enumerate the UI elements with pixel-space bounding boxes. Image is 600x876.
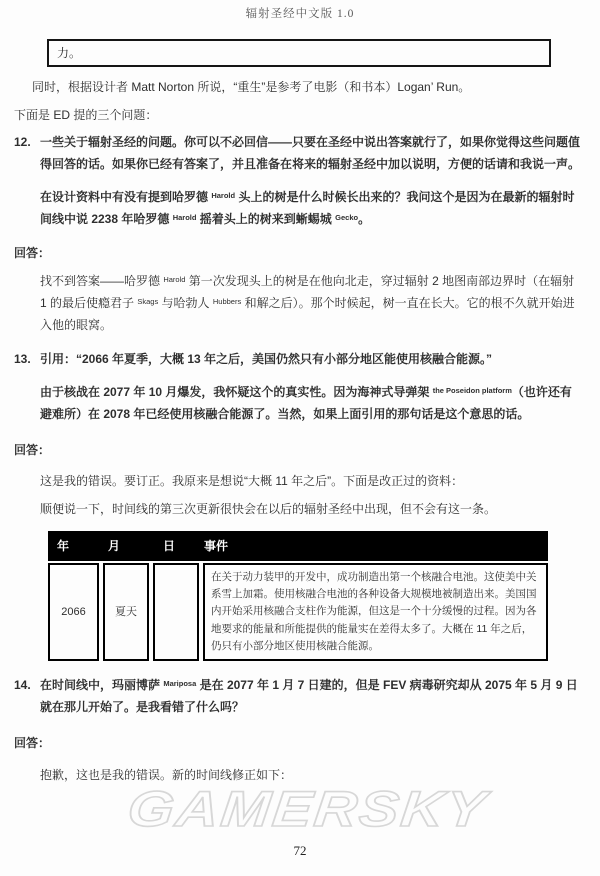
timeline-table-header: 年 月 日 事件 xyxy=(48,531,548,561)
continued-text-box: 力。 xyxy=(47,39,551,67)
answer-13-paragraph-2: 顺便说一下，时间线的第三次更新很快会在以后的辐射圣经中出现，但不会有这一条。 xyxy=(40,498,582,520)
answer-14-label: 回答： xyxy=(14,732,582,754)
page-number: 72 xyxy=(0,844,600,858)
question-14-paragraph: 在时间线中，玛丽博萨 Mariposa 是在 2077 年 1 月 7 日建的，… xyxy=(40,674,582,718)
timeline-table: 年 月 日 事件 2066 夏天 在关于动力装甲的开发中，成功制造出第一个核融合… xyxy=(48,531,548,661)
answer-12-label: 回答： xyxy=(14,242,582,264)
questions-lead-in: 下面是 ED 提的三个问题： xyxy=(14,104,582,126)
answer-14-paragraph: 抱歉，这也是我的错误。新的时间线修正如下： xyxy=(40,764,582,786)
question-12-number: 12. xyxy=(14,131,40,153)
column-header-month: 月 xyxy=(99,535,149,557)
annotation-mariposa: Mariposa xyxy=(163,679,196,688)
column-header-day: 日 xyxy=(149,535,199,557)
document-page: 辐射圣经中文版 1.0 力。 同时，根据设计者 Matt Norton 所说，“… xyxy=(0,0,600,876)
page-content: 力。 同时，根据设计者 Matt Norton 所说，“重生”是参考了电影（和书… xyxy=(0,39,600,786)
question-13-body: 引用：“2066 年夏季，大概 13 年之后，美国仍然只有小部分地区能使用核融合… xyxy=(40,348,582,425)
annotation-skags: Skags xyxy=(137,297,158,306)
annotation-harold: Harold xyxy=(173,213,197,222)
question-14: 14. 在时间线中，玛丽博萨 Mariposa 是在 2077 年 1 月 7 … xyxy=(14,674,582,718)
intro-paragraph: 同时，根据设计者 Matt Norton 所说，“重生”是参考了电影（和书本）L… xyxy=(14,76,582,98)
question-13-paragraph-2: 由于核战在 2077 年 10 月爆发，我怀疑这个的真实性。因为海神式导弹架 t… xyxy=(40,381,582,425)
annotation-harold: Harold xyxy=(211,191,235,200)
question-12-paragraph-1: 一些关于辐射圣经的问题。你可以不必回信——只要在圣经中说出答案就行了，如果你觉得… xyxy=(40,131,582,175)
question-12-body: 一些关于辐射圣经的问题。你可以不必回信——只要在圣经中说出答案就行了，如果你觉得… xyxy=(40,131,582,230)
question-12-paragraph-2: 在设计资料中有没有提到哈罗德 Harold 头上的树是什么时候长出来的？我问这个… xyxy=(40,186,582,230)
gamersky-watermark: GAMERSKY xyxy=(125,784,490,834)
page-title: 辐射圣经中文版 1.0 xyxy=(0,0,600,21)
question-14-number: 14. xyxy=(14,674,40,696)
annotation-hubbers: Hubbers xyxy=(213,297,241,306)
annotation-harold: Harold xyxy=(163,275,185,284)
question-13-quote: 引用：“2066 年夏季，大概 13 年之后，美国仍然只有小部分地区能使用核融合… xyxy=(40,348,582,370)
answer-13-label: 回答： xyxy=(14,439,582,461)
cell-event: 在关于动力装甲的开发中，成功制造出第一个核融合电池。这使美中关系雪上加霜。使用核… xyxy=(203,563,548,661)
column-header-event: 事件 xyxy=(199,535,548,557)
annotation-poseidon-platform: the Poseidon platform xyxy=(433,386,512,395)
answer-13-paragraph-1: 这是我的错误。要订正。我原来是想说“大概 11 年之后”。下面是改正过的资料： xyxy=(40,470,582,492)
answer-12-paragraph: 找不到答案——哈罗德 Harold 第一次发现头上的树是在他向北走，穿过辐射 2… xyxy=(40,270,582,336)
cell-month: 夏天 xyxy=(103,563,149,661)
question-14-body: 在时间线中，玛丽博萨 Mariposa 是在 2077 年 1 月 7 日建的，… xyxy=(40,674,582,718)
annotation-gecko: Gecko xyxy=(335,213,358,222)
question-13: 13. 引用：“2066 年夏季，大概 13 年之后，美国仍然只有小部分地区能使… xyxy=(14,348,582,425)
column-header-year: 年 xyxy=(48,535,99,557)
question-13-number: 13. xyxy=(14,348,40,370)
cell-year: 2066 xyxy=(48,563,99,661)
continued-text: 力。 xyxy=(57,46,81,60)
question-12: 12. 一些关于辐射圣经的问题。你可以不必回信——只要在圣经中说出答案就行了，如… xyxy=(14,131,582,230)
table-row: 2066 夏天 在关于动力装甲的开发中，成功制造出第一个核融合电池。这使美中关系… xyxy=(48,563,548,661)
cell-day xyxy=(153,563,199,661)
